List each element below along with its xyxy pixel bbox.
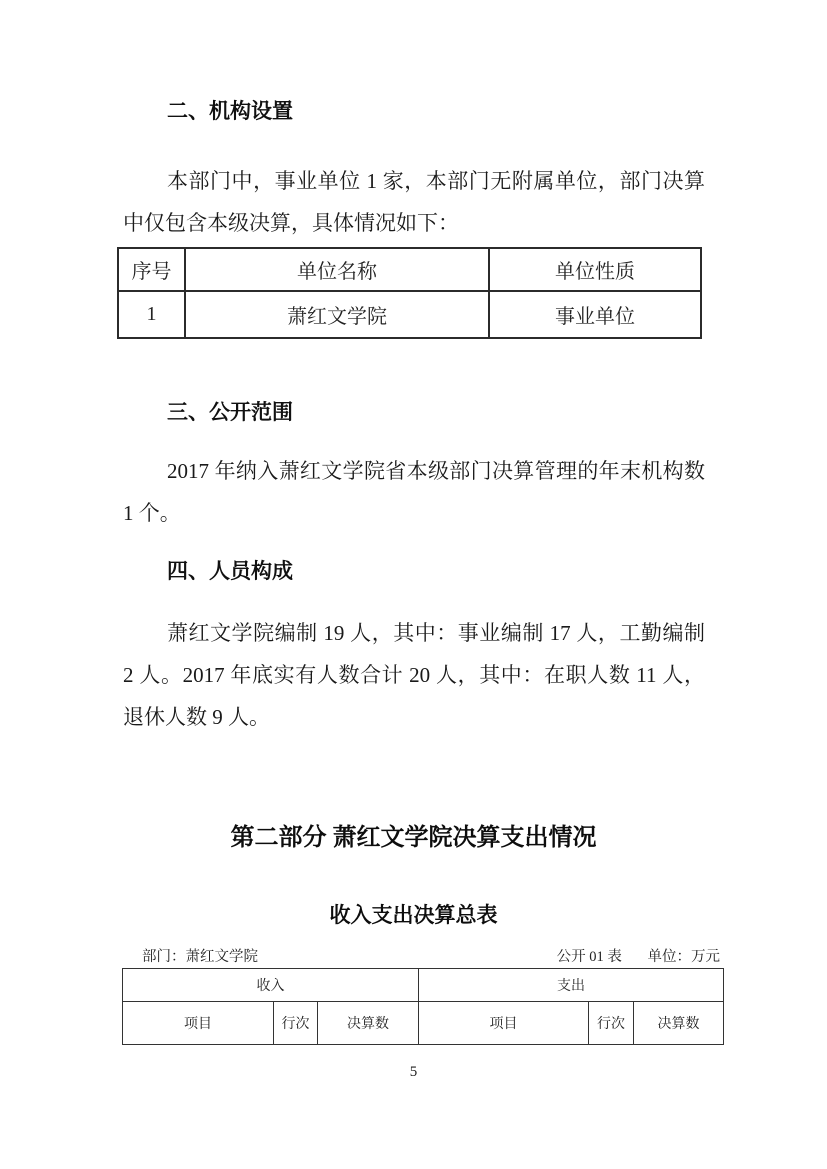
org-table-row: 1 萧红文学院 事业单位 xyxy=(118,291,701,338)
summary-table-group-row: 收入 支出 xyxy=(123,969,724,1002)
section-body-org-setup: 本部门中，事业单位 1 家，本部门无附属单位，部门决算中仅包含本级决算，具体情况… xyxy=(123,160,705,244)
org-table-header-unit-name: 单位名称 xyxy=(185,248,489,291)
page-number: 5 xyxy=(0,1064,827,1081)
section-body-disclosure-scope: 2017 年纳入萧红文学院省本级部门决算管理的年末机构数 1 个。 xyxy=(123,450,705,534)
section-heading-personnel: 四、人员构成 xyxy=(123,559,705,585)
income-expense-summary-table: 收入 支出 项目 行次 决算数 项目 行次 决算数 xyxy=(122,968,724,1045)
org-table-cell-index: 1 xyxy=(118,291,185,338)
expense-col-amount: 决算数 xyxy=(634,1002,724,1045)
org-table-header-index: 序号 xyxy=(118,248,185,291)
org-table-cell-unit-name: 萧红文学院 xyxy=(185,291,489,338)
income-col-amount: 决算数 xyxy=(318,1002,419,1045)
income-col-line: 行次 xyxy=(274,1002,318,1045)
caption-unit: 单位：万元 xyxy=(648,949,721,965)
expense-col-item: 项目 xyxy=(419,1002,589,1045)
summary-table-title: 收入支出决算总表 xyxy=(0,902,827,929)
caption-right-group: 公开 01 表 单位：万元 xyxy=(557,948,720,967)
document-page: 二、机构设置 本部门中，事业单位 1 家，本部门无附属单位，部门决算中仅包含本级… xyxy=(0,0,827,1169)
org-table-header-unit-type: 单位性质 xyxy=(489,248,701,291)
section-heading-disclosure-scope: 三、公开范围 xyxy=(123,400,705,426)
caption-department: 部门：萧红文学院 xyxy=(142,948,258,967)
section-heading-org-setup: 二、机构设置 xyxy=(123,99,705,125)
section-body-personnel: 萧红文学院编制 19 人，其中：事业编制 17 人，工勤编制 2 人。2017 … xyxy=(123,612,705,738)
expense-group-header: 支出 xyxy=(419,969,724,1002)
expense-col-line: 行次 xyxy=(589,1002,634,1045)
income-group-header: 收入 xyxy=(123,969,419,1002)
part2-title: 第二部分 萧红文学院决算支出情况 xyxy=(0,823,827,853)
org-table-cell-unit-type: 事业单位 xyxy=(489,291,701,338)
org-units-table: 序号 单位名称 单位性质 1 萧红文学院 事业单位 xyxy=(117,247,702,339)
org-table-header-row: 序号 单位名称 单位性质 xyxy=(118,248,701,291)
summary-table-caption: 部门：萧红文学院 公开 01 表 单位：万元 xyxy=(122,948,723,967)
caption-form-number: 公开 01 表 xyxy=(557,949,622,965)
income-col-item: 项目 xyxy=(123,1002,274,1045)
summary-table-column-row: 项目 行次 决算数 项目 行次 决算数 xyxy=(123,1002,724,1045)
